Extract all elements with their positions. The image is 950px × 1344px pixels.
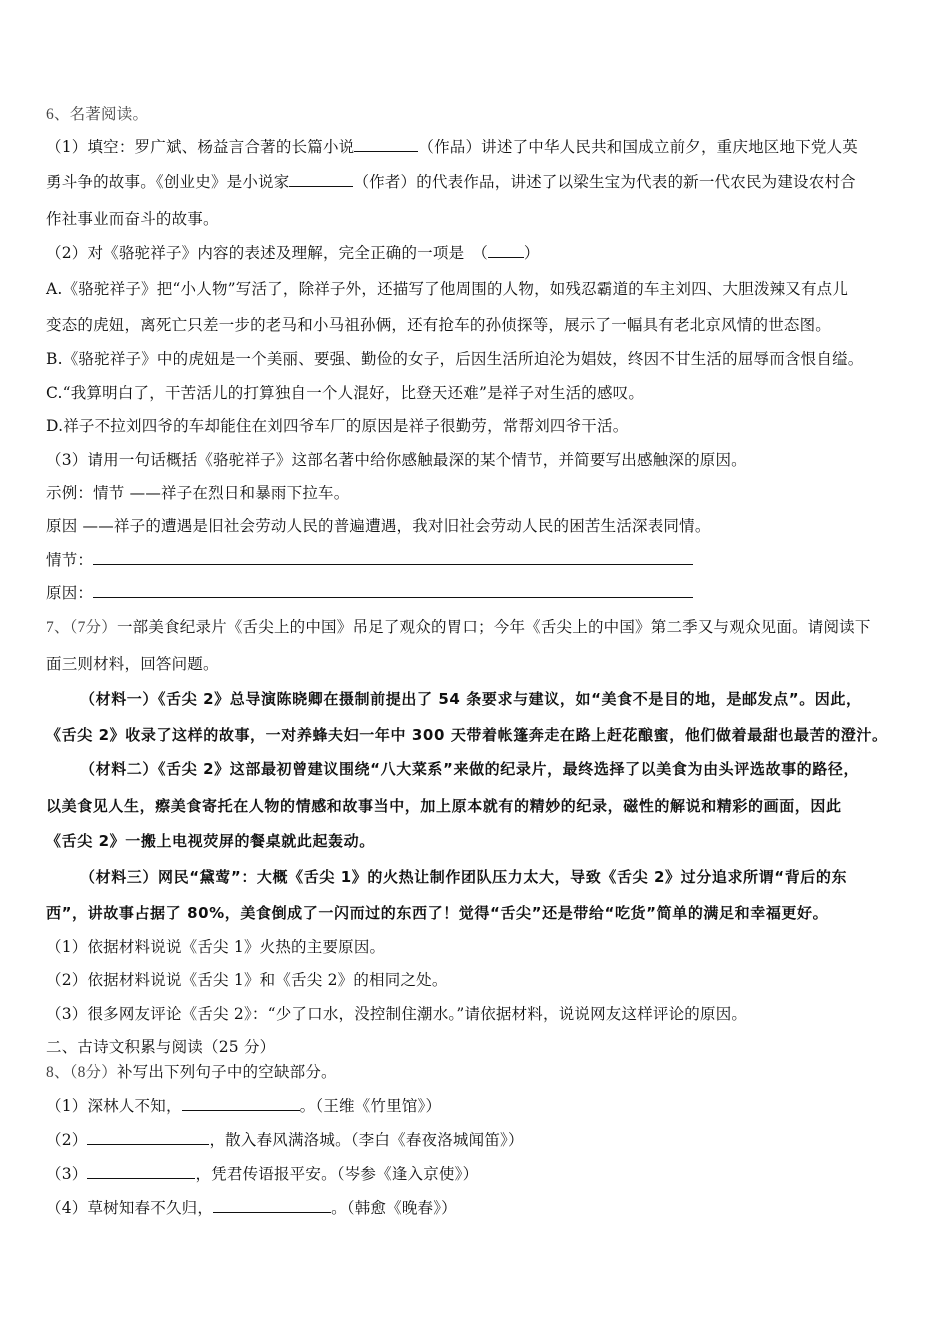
material-2-text: （材料二）《舌尖 2》这部最初曾建议围绕“八大菜系”来做的纪录片，最终选择了以美…: [80, 760, 859, 778]
q7-heading-line1: 7、（7分）一部美食纪录片《舌尖上的中国》吊足了观众的胃口；今年《舌尖上的中国》…: [46, 617, 871, 638]
q6-heading-text: 6、名著阅读。: [46, 106, 148, 123]
answer-blank-choice[interactable]: [488, 243, 524, 258]
material-3-text: （材料三）网民“黛莺”：大概《舌尖 1》的火热让制作团队压力太大，导致《舌尖 2…: [80, 868, 847, 886]
poem-answer-blank[interactable]: [87, 1164, 195, 1179]
q7-sub3: （3）很多网友评论《舌尖 2》：“少了口水，没控制住潮水。”请依据材料，说说网友…: [46, 1004, 747, 1024]
material-2-line3: 《舌尖 2》一搬上电视荧屏的餐桌就此起轰动。: [46, 831, 375, 851]
plot-label: 情节：: [46, 551, 93, 569]
material-1-line1: （材料一）《舌尖 2》总导演陈晓卿在摄制前提出了 54 条要求与建议，如“美食不…: [80, 689, 862, 709]
q6-heading: 6、名著阅读。: [46, 104, 148, 125]
q7-heading-line2: 面三则材料，回答问题。: [46, 654, 219, 674]
material-3-text: 西”，讲故事占据了 80%，美食倒成了一闪而过的东西了！觉得“舌尖”还是带给“吃…: [46, 904, 828, 922]
q7-sub3-text: （3）很多网友评论《舌尖 2》：“少了口水，没控制住潮水。”请依据材料，说说网友…: [46, 1005, 747, 1023]
q6-p1-line1: （1）填空：罗广斌、杨益言合著的长篇小说（作品）讲述了中华人民共和国成立前夕，重…: [46, 137, 858, 157]
q6-p3-example-plot: 示例：情节 ——祥子在烈日和暴雨下拉车。: [46, 483, 349, 503]
poem-item-text: （4）草树知春不久归，: [46, 1199, 213, 1217]
q6-p1-text: 作社事业而奋斗的故事。: [46, 210, 219, 228]
q6-option-a-line1: A.《骆驼祥子》把“小人物”写活了，除祥子外，还描写了他周围的人物，如残忍霸道的…: [46, 279, 848, 299]
option-c-text: C.“我算明白了，干苦活儿的打算独自一个人混好，比登天还难”是祥子对生活的感叹。: [46, 384, 644, 402]
q6-p1-text: （作品）讲述了中华人民共和国成立前夕，重庆地区地下党人英: [418, 138, 858, 156]
reason-answer-line[interactable]: [93, 583, 693, 598]
q7-sub1: （1）依据材料说说《舌尖 1》火热的主要原因。: [46, 937, 385, 957]
q6-option-a-line2: 变态的虎妞，离死亡只差一步的老马和小马祖孙俩，还有抢车的孙侦探等，展示了一幅具有…: [46, 315, 831, 335]
q8-item-1: （1）深林人不知，。（王维《竹里馆》）: [46, 1096, 441, 1116]
poem-answer-blank[interactable]: [87, 1130, 209, 1145]
poem-answer-blank[interactable]: [213, 1198, 331, 1213]
q6-p3-reason-answer: 原因：: [46, 583, 693, 603]
material-2-text: 《舌尖 2》一搬上电视荧屏的餐桌就此起轰动。: [46, 832, 375, 850]
q7-number: 7、（7分）: [46, 619, 117, 636]
poem-item-source: 。（韩愈《晚春》）: [331, 1199, 457, 1217]
material-3-line1: （材料三）网民“黛莺”：大概《舌尖 1》的火热让制作团队压力太大，导致《舌尖 2…: [80, 867, 847, 887]
q8-item-3: （3），凭君传语报平安。（岑参《逢入京使》）: [46, 1164, 478, 1184]
section-2-heading: 二、古诗文积累与阅读（25 分）: [46, 1037, 275, 1057]
q8-number: 8、（8分）: [46, 1064, 117, 1081]
poem-item-text: （3）: [46, 1165, 87, 1183]
q8-item-2: （2），散入春风满洛城。（李白《春夜洛城闻笛》）: [46, 1130, 524, 1150]
q7-sub2: （2）依据材料说说《舌尖 1》和《舌尖 2》的相同之处。: [46, 970, 448, 990]
q6-p1-text: （作者）的代表作品，讲述了以梁生宝为代表的新一代农民为建设农村合: [353, 173, 855, 191]
plot-answer-line[interactable]: [93, 550, 693, 565]
q6-p1-text: 勇斗争的故事。《创业史》是小说家: [46, 173, 289, 191]
q6-p2-stem: （2）对《骆驼祥子》内容的表述及理解，完全正确的一项是 （）: [46, 243, 540, 263]
example-reason-text: 原因 ——祥子的遭遇是旧社会劳动人民的普遍遭遇，我对旧社会劳动人民的困苦生活深表…: [46, 517, 711, 535]
material-2-text: 以美食见人生，瘵美食寄托在人物的情感和故事当中，加上原本就有的精妙的纪录，磁性的…: [46, 797, 842, 815]
poem-item-source: 。（王维《竹里馆》）: [300, 1097, 442, 1115]
q6-p1-line2: 勇斗争的故事。《创业史》是小说家（作者）的代表作品，讲述了以梁生宝为代表的新一代…: [46, 172, 856, 192]
material-1-text: 《舌尖 2》收录了这样的故事，一对养蜂夫妇一年中 300 天带着帐篷奔走在路上赶…: [46, 726, 888, 744]
q6-p2-stem-close: ）: [524, 244, 540, 262]
poem-item-source: ，凭君传语报平安。（岑参《逢入京使》）: [195, 1165, 478, 1183]
q6-p1-line3: 作社事业而奋斗的故事。: [46, 209, 219, 229]
q6-p1-text: （1）填空：罗广斌、杨益言合著的长篇小说: [46, 138, 354, 156]
option-d-text: D.祥子不拉刘四爷的车却能住在刘四爷车厂的原因是祥子很勤劳，常帮刘四爷干活。: [46, 417, 628, 435]
q6-p2-stem-text: （2）对《骆驼祥子》内容的表述及理解，完全正确的一项是 （: [46, 244, 488, 262]
q6-p3-stem: （3）请用一句话概括《骆驼祥子》这部名著中给你感触最深的某个情节，并简要写出感触…: [46, 450, 747, 470]
section-2-heading-text: 二、古诗文积累与阅读（25 分）: [46, 1038, 275, 1056]
option-b-text: B.《骆驼祥子》中的虎妞是一个美丽、要强、勤俭的女子，后因生活所迫沦为娼妓，终因…: [46, 350, 863, 368]
poem-item-source: ，散入春风满洛城。（李白《春夜洛城闻笛》）: [209, 1131, 523, 1149]
option-a-text: A.《骆驼祥子》把“小人物”写活了，除祥子外，还描写了他周围的人物，如残忍霸道的…: [46, 280, 848, 298]
q6-option-d: D.祥子不拉刘四爷的车却能住在刘四爷车厂的原因是祥子很勤劳，常帮刘四爷干活。: [46, 416, 628, 436]
poem-item-text: （1）深林人不知，: [46, 1097, 182, 1115]
q6-option-b: B.《骆驼祥子》中的虎妞是一个美丽、要强、勤俭的女子，后因生活所迫沦为娼妓，终因…: [46, 349, 863, 369]
exam-page: 6、名著阅读。 （1）填空：罗广斌、杨益言合著的长篇小说（作品）讲述了中华人民共…: [0, 0, 950, 1344]
material-2-line2: 以美食见人生，瘵美食寄托在人物的情感和故事当中，加上原本就有的精妙的纪录，磁性的…: [46, 796, 842, 816]
material-3-line2: 西”，讲故事占据了 80%，美食倒成了一闪而过的东西了！觉得“舌尖”还是带给“吃…: [46, 903, 828, 923]
q6-p3-example-reason: 原因 ——祥子的遭遇是旧社会劳动人民的普遍遭遇，我对旧社会劳动人民的困苦生活深表…: [46, 516, 711, 536]
q8-item-4: （4）草树知春不久归，。（韩愈《晚春》）: [46, 1198, 457, 1218]
example-plot-text: 示例：情节 ——祥子在烈日和暴雨下拉车。: [46, 484, 349, 502]
q7-heading-text: 面三则材料，回答问题。: [46, 655, 219, 673]
material-1-line2: 《舌尖 2》收录了这样的故事，一对养蜂夫妇一年中 300 天带着帐篷奔走在路上赶…: [46, 725, 888, 745]
q6-option-c: C.“我算明白了，干苦活儿的打算独自一个人混好，比登天还难”是祥子对生活的感叹。: [46, 383, 644, 403]
material-1-text: （材料一）《舌尖 2》总导演陈晓卿在摄制前提出了 54 条要求与建议，如“美食不…: [80, 690, 862, 708]
answer-blank-novel[interactable]: [354, 137, 418, 152]
q8-heading-text: 补写出下列句子中的空缺部分。: [117, 1063, 337, 1081]
q8-heading: 8、（8分）补写出下列句子中的空缺部分。: [46, 1062, 337, 1083]
q7-sub1-text: （1）依据材料说说《舌尖 1》火热的主要原因。: [46, 938, 385, 956]
option-a-text: 变态的虎妞，离死亡只差一步的老马和小马祖孙俩，还有抢车的孙侦探等，展示了一幅具有…: [46, 316, 831, 334]
q6-p3-stem-text: （3）请用一句话概括《骆驼祥子》这部名著中给你感触最深的某个情节，并简要写出感触…: [46, 451, 747, 469]
material-2-line1: （材料二）《舌尖 2》这部最初曾建议围绕“八大菜系”来做的纪录片，最终选择了以美…: [80, 759, 859, 779]
poem-answer-blank[interactable]: [182, 1096, 300, 1111]
q7-sub2-text: （2）依据材料说说《舌尖 1》和《舌尖 2》的相同之处。: [46, 971, 448, 989]
poem-item-text: （2）: [46, 1131, 87, 1149]
q7-heading-text: 一部美食纪录片《舌尖上的中国》吊足了观众的胃口；今年《舌尖上的中国》第二季又与观…: [117, 618, 871, 636]
answer-blank-author[interactable]: [289, 172, 353, 187]
reason-label: 原因：: [46, 584, 93, 602]
q6-p3-plot-answer: 情节：: [46, 550, 693, 570]
